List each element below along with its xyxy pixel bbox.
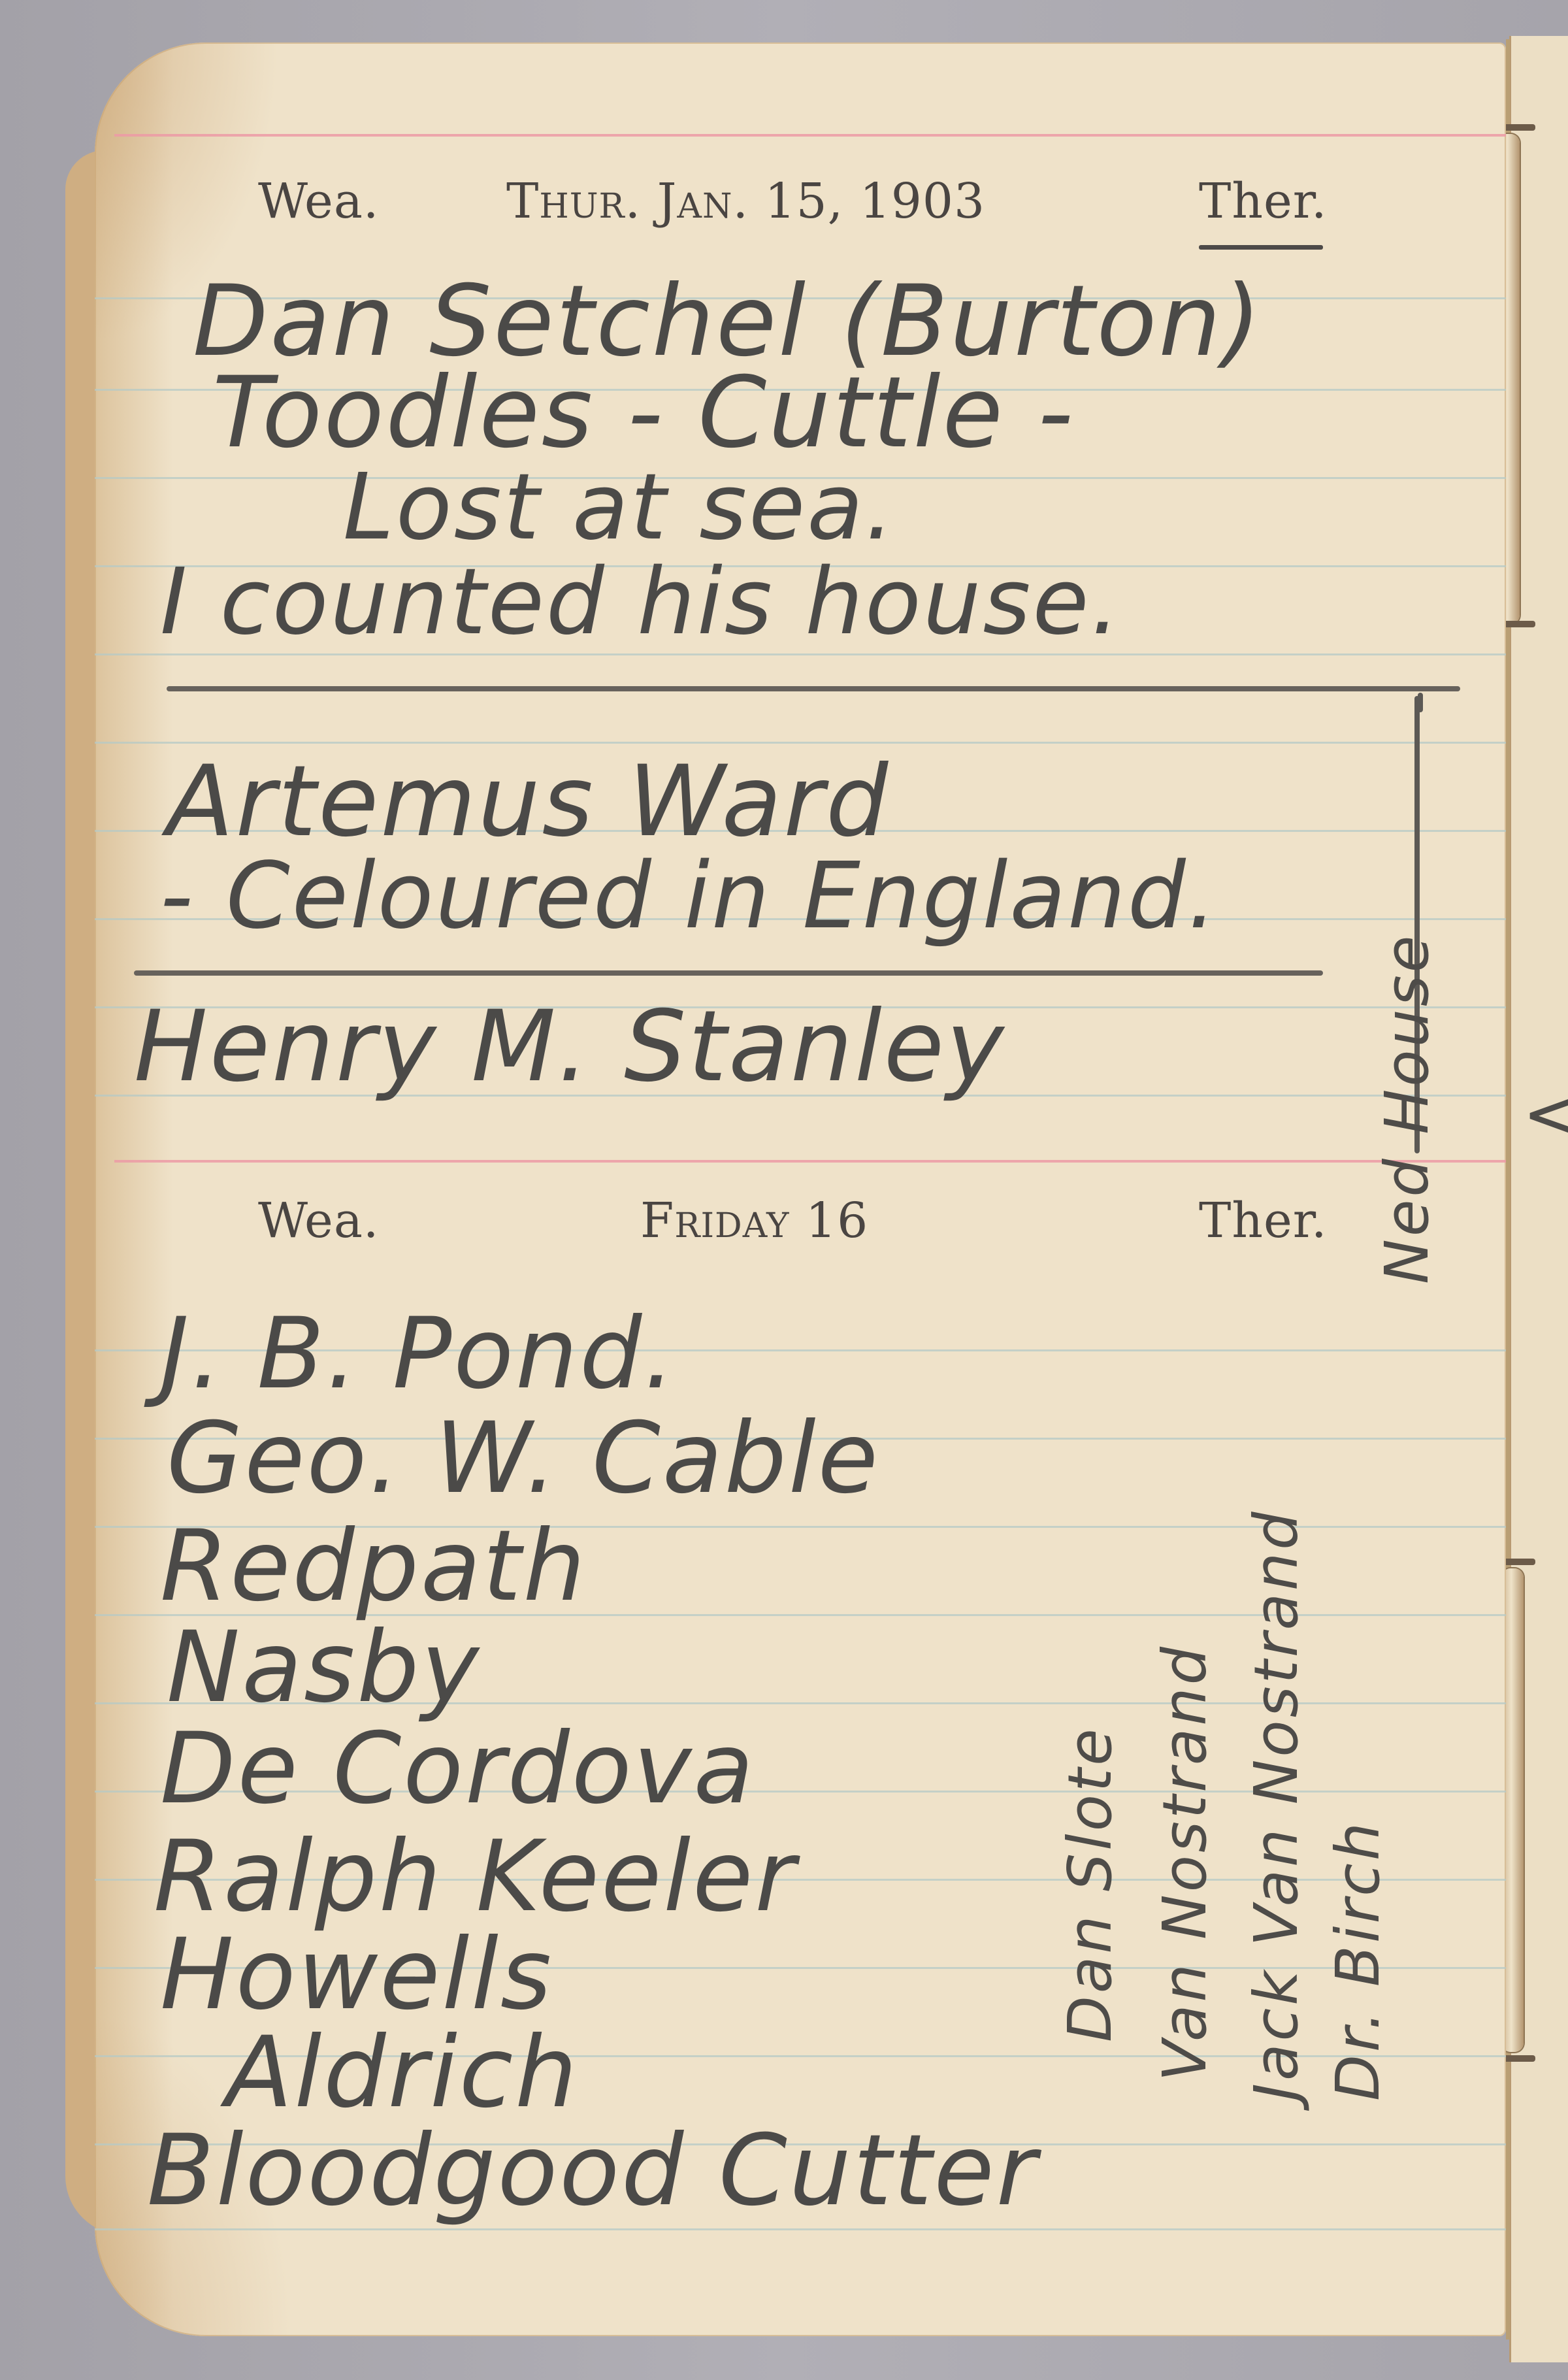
entry-header: Wea. Thur. Jan. 15, 1903 Ther. xyxy=(95,173,1506,252)
handwritten-line: Artemus Ward xyxy=(167,745,890,859)
entry-date: Friday 16 xyxy=(640,1193,868,1249)
weather-label: Wea. xyxy=(258,1193,379,1249)
handwritten-line: Bloodgood Cutter xyxy=(147,2114,1038,2228)
handwritten-line: Nasby xyxy=(167,1611,481,1725)
thermometer-label: Ther. xyxy=(1199,1193,1328,1249)
handwritten-line: Geo. W. Cable xyxy=(167,1402,880,1515)
red-rule-top xyxy=(114,134,1506,137)
vertical-margin-note: Jack Van Nostrand xyxy=(1241,1509,1311,2101)
handwritten-line: J. B. Pond. xyxy=(160,1297,677,1411)
handwritten-line: I counted his house. xyxy=(160,549,1122,655)
handwritten-line: De Cordova xyxy=(160,1712,755,1826)
divider-stroke xyxy=(167,686,1460,691)
vertical-margin-note: Van Nostrand xyxy=(1150,1644,1220,2081)
ruled-line xyxy=(95,2228,1506,2230)
red-rule-mid xyxy=(114,1160,1506,1163)
handwritten-line: Howells xyxy=(160,1918,553,2032)
entry-date: Thur. Jan. 15, 1903 xyxy=(506,173,985,229)
handwritten-line: Ralph Keeler xyxy=(154,1820,797,1934)
handwritten-line: Aldrich xyxy=(225,2016,579,2130)
handwritten-line: Redpath xyxy=(160,1510,587,1623)
divider-stroke xyxy=(134,970,1323,976)
diary-page: Wea. Thur. Jan. 15, 1903 Ther. Dan Setch… xyxy=(95,42,1506,2336)
next-page-ink-fragment: < xyxy=(1522,1072,1568,1155)
ruled-line xyxy=(95,742,1506,744)
handwritten-line: Lost at sea. xyxy=(343,454,896,561)
handwritten-line: - Celoured in England. xyxy=(160,843,1218,950)
thermometer-label: Ther. xyxy=(1199,173,1328,229)
weather-label: Wea. xyxy=(258,173,379,229)
vertical-margin-note: Dr. Birch xyxy=(1323,1820,1393,2101)
vertical-margin-note: Dan Slote xyxy=(1055,1726,1125,2042)
handwritten-line: Henry M. Stanley xyxy=(134,990,1006,1104)
ther-underline xyxy=(1199,245,1323,250)
handwritten-line: Toodles - Cuttle - xyxy=(212,356,1075,470)
entry-header: Wea. Friday 16 Ther. xyxy=(95,1193,1506,1271)
